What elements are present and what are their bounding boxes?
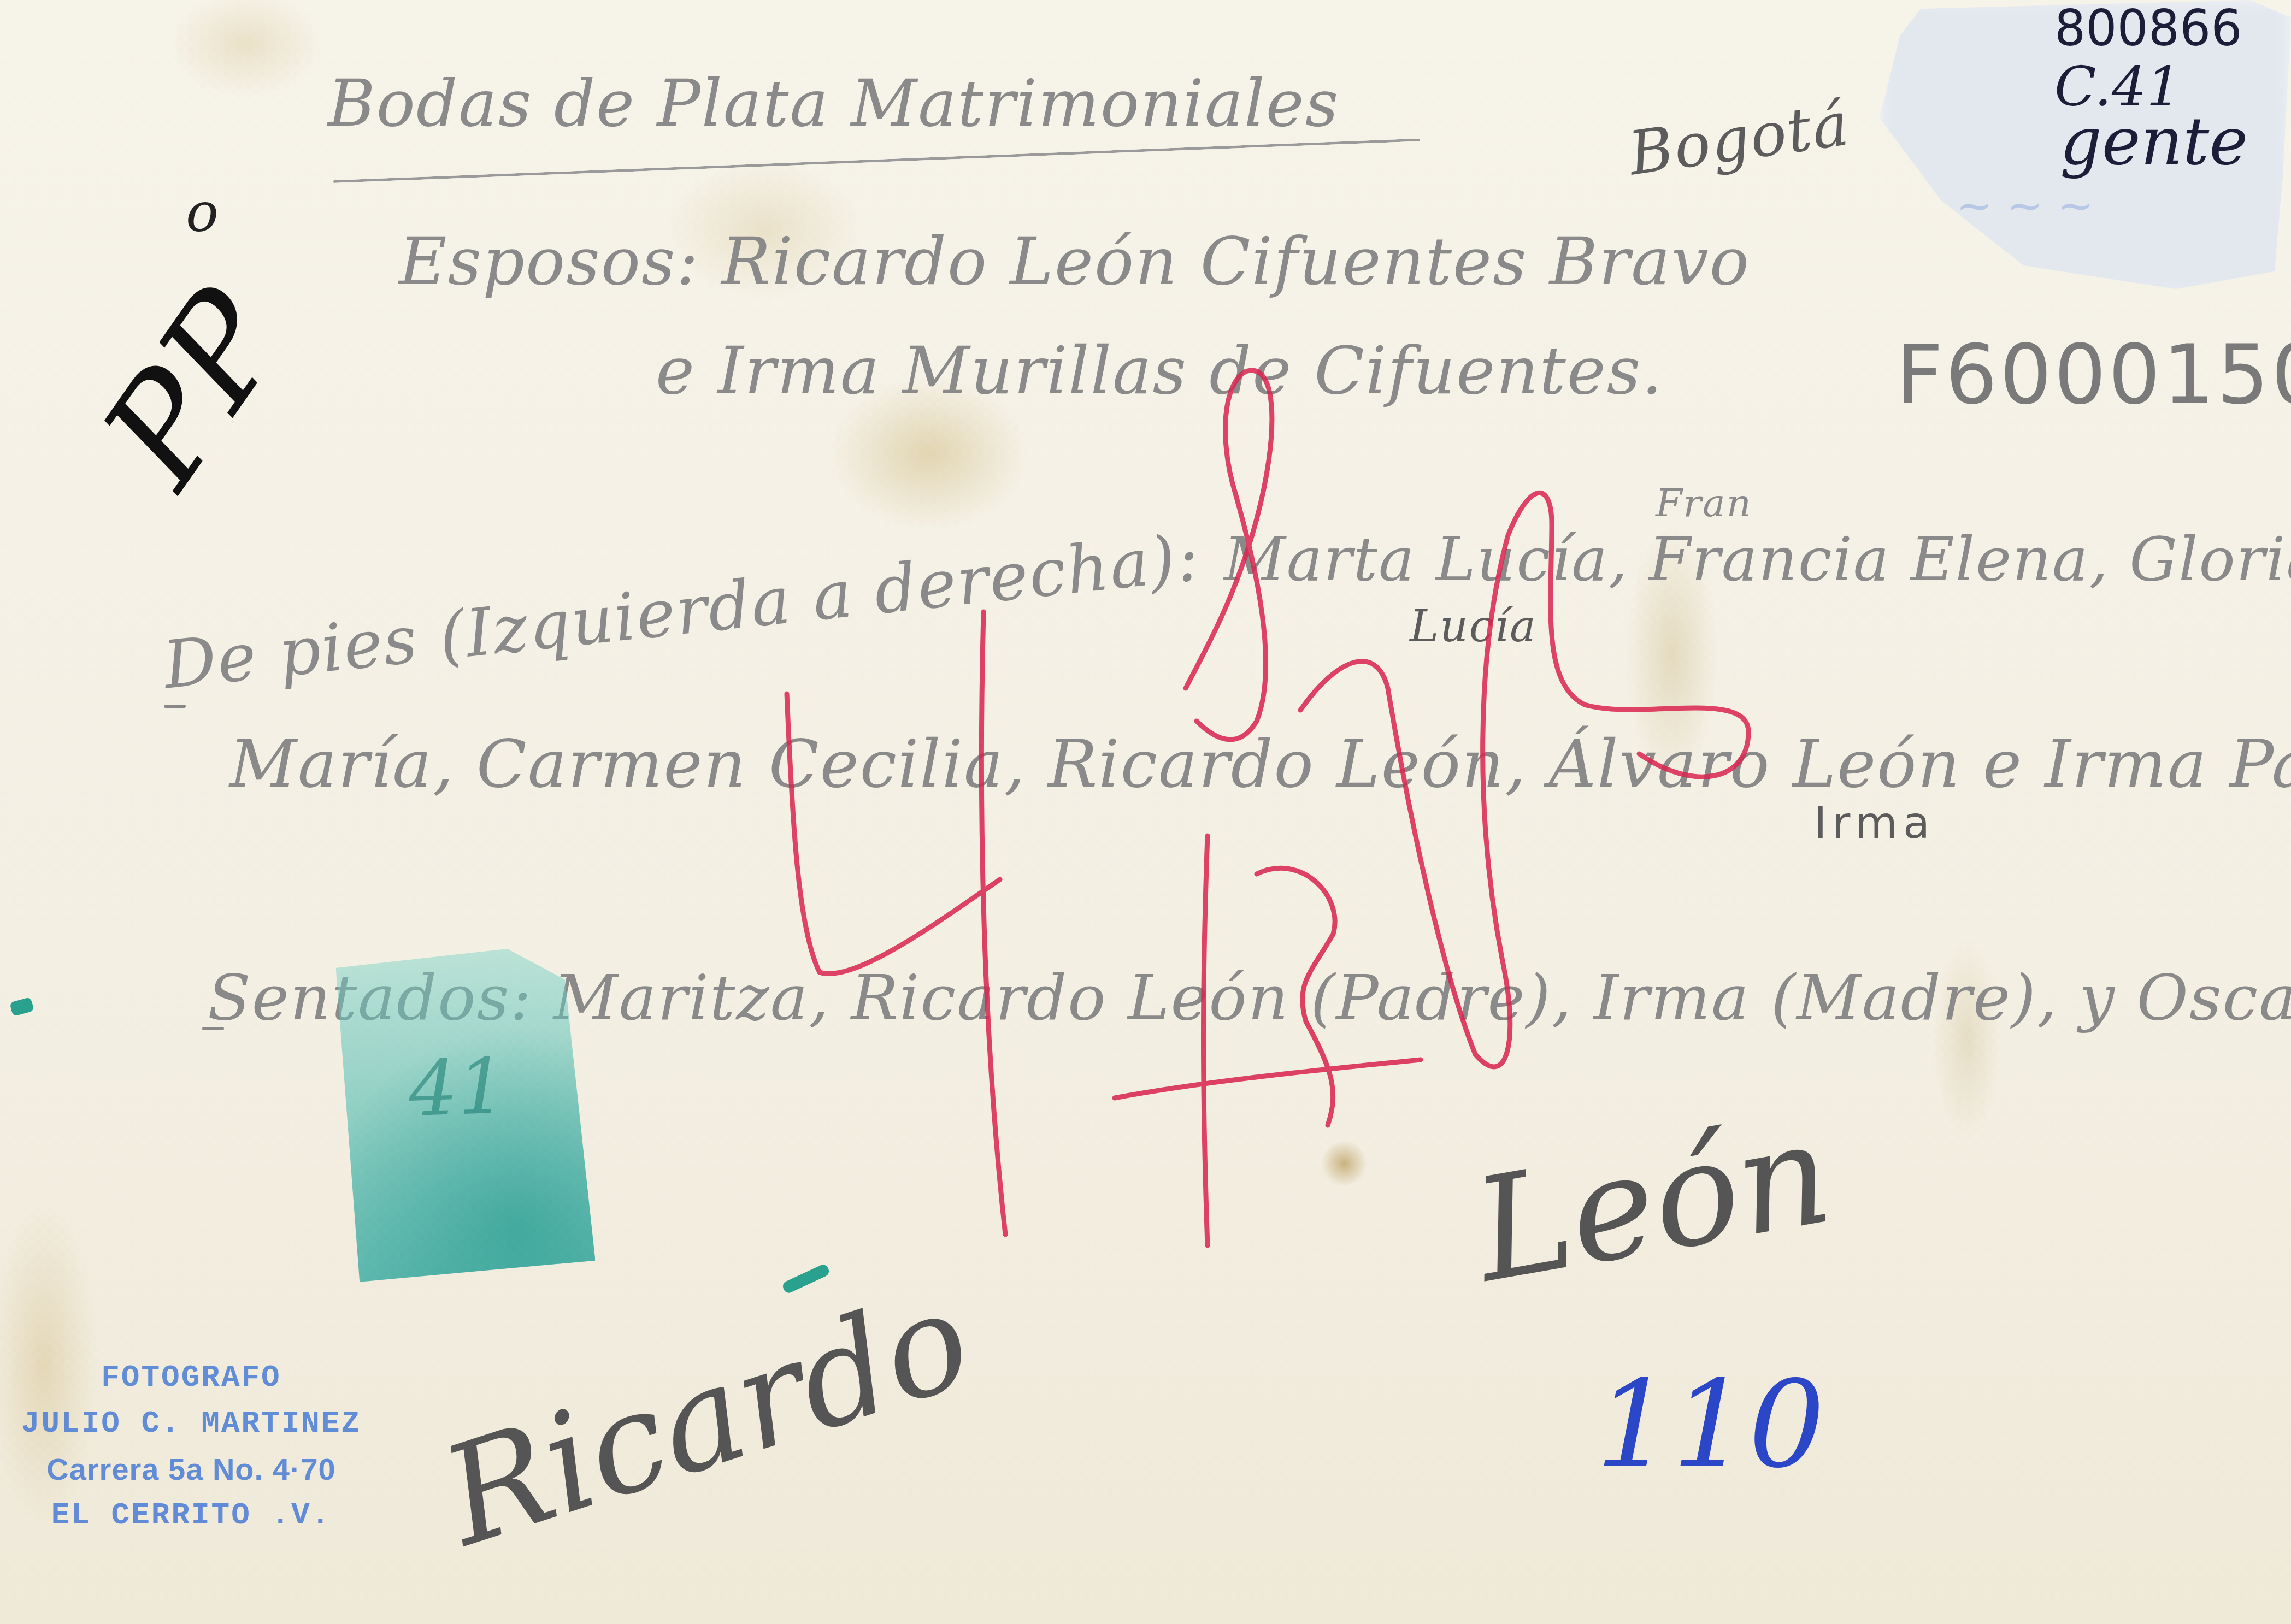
document-title: Bodas de Plata Matrimoniales [328, 66, 1339, 141]
photographer-stamp: FOTOGRAFO JULIO C. MARTINEZ Carrera 5a N… [5, 1355, 377, 1538]
archive-number: 800866 [2054, 0, 2242, 57]
dash-mark [164, 705, 186, 708]
catalog-code: F600015043 [1896, 328, 2291, 423]
teal-crayon-patch: 41 [328, 946, 596, 1283]
stamp-line-2: JULIO C. MARTINEZ [5, 1401, 377, 1446]
spouses-line-1: Esposos: Ricardo León Cifuentes Bravo [399, 224, 1750, 300]
correction-fran: Fran [1656, 481, 1752, 525]
standing-names-line-1: Marta Lucía, Francia Elena, Gloria [1224, 524, 2291, 594]
stamp-line-4: EL CERRITO .V. [5, 1492, 377, 1538]
side-ink-mark-small: o [186, 180, 219, 244]
standing-names-line-2: María, Carmen Cecilia, Ricardo León, Álv… [229, 727, 2291, 802]
teal-patch-text: 41 [408, 1042, 508, 1134]
spouses-line-2: e Irma Murillas de Cifuentes. [656, 333, 1663, 409]
stamp-line-1: FOTOGRAFO [5, 1355, 377, 1401]
correction-irma: Irma [1814, 798, 1935, 848]
correction-lucia: Lucía [1410, 601, 1537, 652]
faint-erased-text: ~ ~ ~ [1956, 180, 2094, 231]
stamp-line-3: Carrera 5a No. 4·70 [5, 1446, 377, 1492]
archive-category: gente [2060, 104, 2248, 180]
blue-pencil-number: 110 [1595, 1355, 1825, 1495]
